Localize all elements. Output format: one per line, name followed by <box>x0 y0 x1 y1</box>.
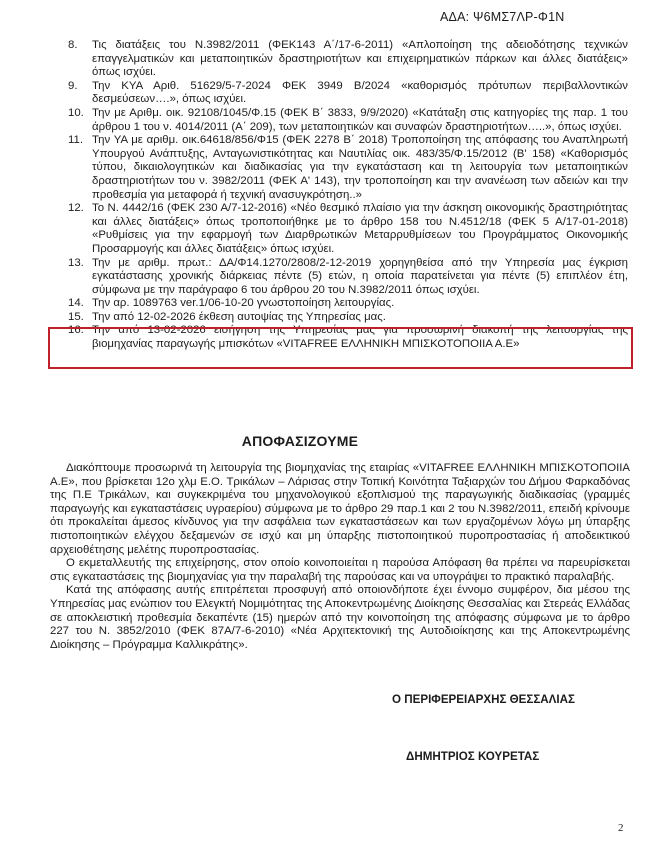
considerations-list: 8.Τις διατάξεις του Ν.3982/2011 (ΦΕΚ143 … <box>68 39 628 352</box>
decision-body: Διακόπτουμε προσωρινά τη λειτουργία της … <box>50 462 630 652</box>
item-text: Την από 12-02-2026 έκθεση αυτοψίας της Υ… <box>92 311 628 325</box>
item-text: Την ΥΑ με αριθμ. οικ.64618/856/Φ15 (ΦΕΚ … <box>92 134 628 202</box>
item-text: Την με Αριθμ. οικ. 92108/1045/Φ.15 (ΦΕΚ … <box>92 107 628 134</box>
item-text: Την ΚΥΑ Αριθ. 51629/5-7-2024 ΦΕΚ 3949 Β/… <box>92 80 628 107</box>
list-item-12: 12.Το Ν. 4442/16 (ΦΕΚ 230 Α/7-12-2016) «… <box>68 202 628 256</box>
decision-paragraph-2: Ο εκμεταλλευτής της επιχείρησης, στον οπ… <box>50 557 630 584</box>
item-text: Το Ν. 4442/16 (ΦΕΚ 230 Α/7-12-2016) «Νέο… <box>92 202 628 256</box>
item-number: 15. <box>68 311 84 325</box>
item-number: 11. <box>68 134 83 148</box>
signatory-name: ΔΗΜΗΤΡΙΟΣ ΚΟΥΡΕΤΑΣ <box>406 750 539 763</box>
list-item-14: 14.Την αρ. 1089763 ver.1/06-10-20 γνωστο… <box>68 297 628 311</box>
page-number: 2 <box>618 822 624 834</box>
decision-paragraph-3: Κατά της απόφασης αυτής επιτρέπεται προσ… <box>50 584 630 652</box>
item-number: 12. <box>68 202 84 216</box>
item-number: 9. <box>68 80 78 94</box>
item-text: Την με αριθμ. πρωτ.: ΔΑ/Φ14.1270/2808/2-… <box>92 257 628 298</box>
item-number: 13. <box>68 257 84 271</box>
list-item-13: 13.Την με αριθμ. πρωτ.: ΔΑ/Φ14.1270/2808… <box>68 257 628 298</box>
list-item-11: 11.Την ΥΑ με αριθμ. οικ.64618/856/Φ15 (Φ… <box>68 134 628 202</box>
document-ada-code: ΑΔΑ: Ψ6ΜΣ7ΛΡ-Φ1Ν <box>440 10 564 24</box>
item-number: 8. <box>68 39 78 53</box>
decision-heading: ΑΠΟΦΑΣΙΖΟΥΜΕ <box>0 433 600 449</box>
item-number: 14. <box>68 297 84 311</box>
red-highlight-box <box>48 327 633 369</box>
list-item-8: 8.Τις διατάξεις του Ν.3982/2011 (ΦΕΚ143 … <box>68 39 628 80</box>
signatory-title: Ο ΠΕΡΙΦΕΡΕΙΑΡΧΗΣ ΘΕΣΣΑΛΙΑΣ <box>392 693 575 706</box>
decision-paragraph-1: Διακόπτουμε προσωρινά τη λειτουργία της … <box>50 462 630 557</box>
item-text: Την αρ. 1089763 ver.1/06-10-20 γνωστοποί… <box>92 297 628 311</box>
list-item-10: 10.Την με Αριθμ. οικ. 92108/1045/Φ.15 (Φ… <box>68 107 628 134</box>
item-text: Τις διατάξεις του Ν.3982/2011 (ΦΕΚ143 Α΄… <box>92 39 628 80</box>
list-item-15: 15.Την από 12-02-2026 έκθεση αυτοψίας τη… <box>68 311 628 325</box>
list-item-9: 9.Την ΚΥΑ Αριθ. 51629/5-7-2024 ΦΕΚ 3949 … <box>68 80 628 107</box>
decision-heading-text: ΑΠΟΦΑΣΙΖΟΥΜΕ <box>242 433 358 449</box>
item-number: 10. <box>68 107 84 121</box>
